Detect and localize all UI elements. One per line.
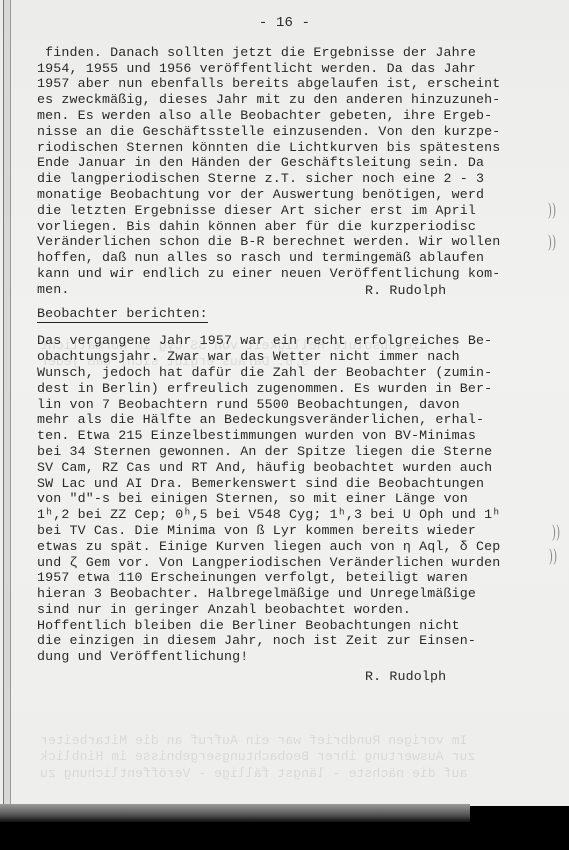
text-line: SV Cam, RZ Cas und RT And, häufig beobac… <box>37 460 562 476</box>
bleed-through-text: auf die nächste - längst fällige - Veröf… <box>40 766 467 782</box>
scanned-document: für die absolute Helligkeit von SS Cyg i… <box>0 0 569 850</box>
text-line: riodischen Sternen könnten die Lichtkurv… <box>37 140 562 156</box>
page-content: - 16 - finden. Danach sollten jetzt die … <box>37 16 562 685</box>
text-line: monatige Beobachtung vor der Auswertung … <box>37 187 562 203</box>
text-line: bei 34 Sternen gewonnen. An der Spitze l… <box>37 444 562 460</box>
bleed-through-text: zur Auswertung ihrer Beobachtungsergebni… <box>40 749 475 765</box>
text-line: lin von 7 Beobachtern rund 5500 Beobacht… <box>37 397 562 413</box>
text-line: die einzigen in diesem Jahr, noch ist Ze… <box>37 633 562 649</box>
text-line: Ende Januar in den Händen der Geschäftsl… <box>37 155 562 171</box>
page-number: - 16 - <box>7 16 562 32</box>
text-line: ten. Etwa 215 Einzelbestimmungen wurden … <box>37 428 562 444</box>
report-paragraph: Das vergangene Jahr 1957 war ein recht e… <box>37 333 562 685</box>
scan-smudge: )) <box>552 522 560 543</box>
text-line: es zweckmäßig, dieses Jahr mit zu den an… <box>37 92 562 108</box>
text-line: Das vergangene Jahr 1957 war ein recht e… <box>37 333 562 349</box>
text-line: Hoffentlich bleiben die Berliner Beobach… <box>37 618 562 634</box>
text-line: 1957 aber nun ebenfalls bereits abgelauf… <box>37 76 562 92</box>
text-line: dest in Berlin) erfreulich zugenommen. E… <box>37 381 562 397</box>
typewritten-page: für die absolute Helligkeit von SS Cyg i… <box>0 0 569 806</box>
scan-smudge: )) <box>548 200 556 221</box>
text-line: Wunsch, jedoch hat dafür die Zahl der Be… <box>37 365 562 381</box>
report-signature: R. Rudolph <box>37 669 562 685</box>
text-line: die letzten Ergebnisse dieser Art sicher… <box>37 203 562 219</box>
section-heading: Beobachter berichten: <box>37 307 208 323</box>
text-line: men. Es werden also alle Beobachter gebe… <box>37 108 562 124</box>
text-line: von "d"-s bei einigen Sternen, so mit ei… <box>37 491 562 507</box>
text-line: 1ʰ,2 bei ZZ Cep; 0ʰ,5 bei V548 Cyg; 1ʰ,3… <box>37 507 562 523</box>
text-line: bei TV Cas. Die Minima von ß Lyr kommen … <box>37 523 562 539</box>
text-line: kann und wir endlich zu einer neuen Verö… <box>37 266 562 282</box>
text-line: 1957 etwa 110 Erscheinungen verfolgt, be… <box>37 570 562 586</box>
page-binding-edge <box>3 0 11 806</box>
text-line: dung und Veröffentlichung! <box>37 649 562 665</box>
text-line: mehr als die Hälfte an Bedeckungsverände… <box>37 412 562 428</box>
text-line: obachtungsjahr. Zwar war das Wetter nich… <box>37 349 562 365</box>
text-line: 1954, 1955 und 1956 veröffentlicht werde… <box>37 61 562 77</box>
text-line: Veränderlichen schon die B-R berechnet w… <box>37 234 562 250</box>
scan-smudge: )) <box>549 546 557 567</box>
text-line: finden. Danach sollten jetzt die Ergebni… <box>37 45 562 61</box>
text-line: die langperiodischen Sterne z.T. sicher … <box>37 171 562 187</box>
scan-smudge: )) <box>548 232 556 253</box>
intro-paragraph: finden. Danach sollten jetzt die Ergebni… <box>37 45 562 299</box>
text-line: sind nur in geringer Anzahl beobachtet w… <box>37 602 562 618</box>
text-line: vorliegen. Bis dahin können aber für die… <box>37 219 562 235</box>
bleed-through-text: Im vorigen Rundbrief war ein Aufruf an d… <box>40 733 467 749</box>
scan-bottom-shadow <box>0 804 470 822</box>
intro-signature: R. Rudolph <box>37 283 562 299</box>
text-line: SW Lac und AI Dra. Bemerkenswert sind di… <box>37 476 562 492</box>
text-line: etwas zu spät. Einige Kurven liegen auch… <box>37 539 562 555</box>
text-line: und ζ Gem vor. Von Langperiodischen Verä… <box>37 555 562 571</box>
text-line: nisse an die Geschäftsstelle einzusenden… <box>37 124 562 140</box>
text-line: hoffen, daß nun alles so rasch und termi… <box>37 250 562 266</box>
text-line: hieran 3 Beobachter. Halbregelmäßige und… <box>37 586 562 602</box>
